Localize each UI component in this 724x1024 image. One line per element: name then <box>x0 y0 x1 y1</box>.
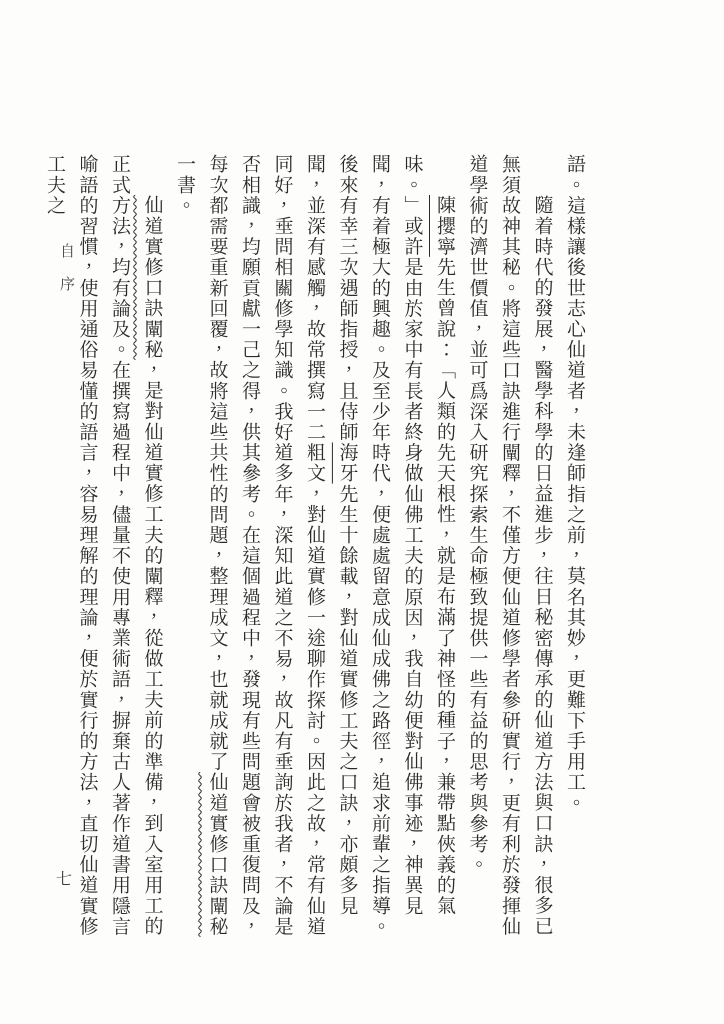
proper-name-marked-text: 海牙 <box>337 442 358 483</box>
text-segment: 一書。 <box>174 154 195 216</box>
text-segment: 語。這樣讓後世志心仙道者，未逢師指之前，莫名其妙，更難下手用工。 <box>564 154 585 813</box>
preface-text-block: 語。這樣讓後世志心仙道者，未逢師指之前，莫名其妙，更難下手用工。隨着時代的發展，… <box>38 154 591 956</box>
book-title-marked-text: 仙道實修口訣闡秘 <box>142 195 163 360</box>
paragraph: 仙道實修口訣闡秘，是對仙道實修工夫的闡釋，從做工夫前的準備，到入室用工的正式方法… <box>38 154 168 956</box>
proper-name-marked-text: 陳攖寧 <box>434 195 455 257</box>
text-segment: 隨着時代的發展，醫學科學的日益進步，往日秘密傳承的仙道方法與口訣，很多已無須故神… <box>467 154 553 937</box>
book-title-marked-text: 仙道實修口訣闡秘 <box>207 772 228 937</box>
paragraph: 陳攖寧先生曾說：「人類的先天根性，就是布滿了神怪的種子，兼帶點俠義的氣味。」或許… <box>168 154 461 956</box>
book-page: 自序 七 語。這樣讓後世志心仙道者，未逢師指之前，莫名其妙，更難下手用工。隨着時… <box>0 0 724 1024</box>
text-segment: 先生十餘載，對仙道實修工夫之口訣，亦頗多見聞，並深有感觸，故常撰寫一二粗文，對仙… <box>207 154 358 937</box>
paragraph: 隨着時代的發展，醫學科學的日益進步，往日秘密傳承的仙道方法與口訣，很多已無須故神… <box>460 154 558 956</box>
paragraph: 語。這樣讓後世志心仙道者，未逢師指之前，莫名其妙，更難下手用工。 <box>558 154 591 956</box>
